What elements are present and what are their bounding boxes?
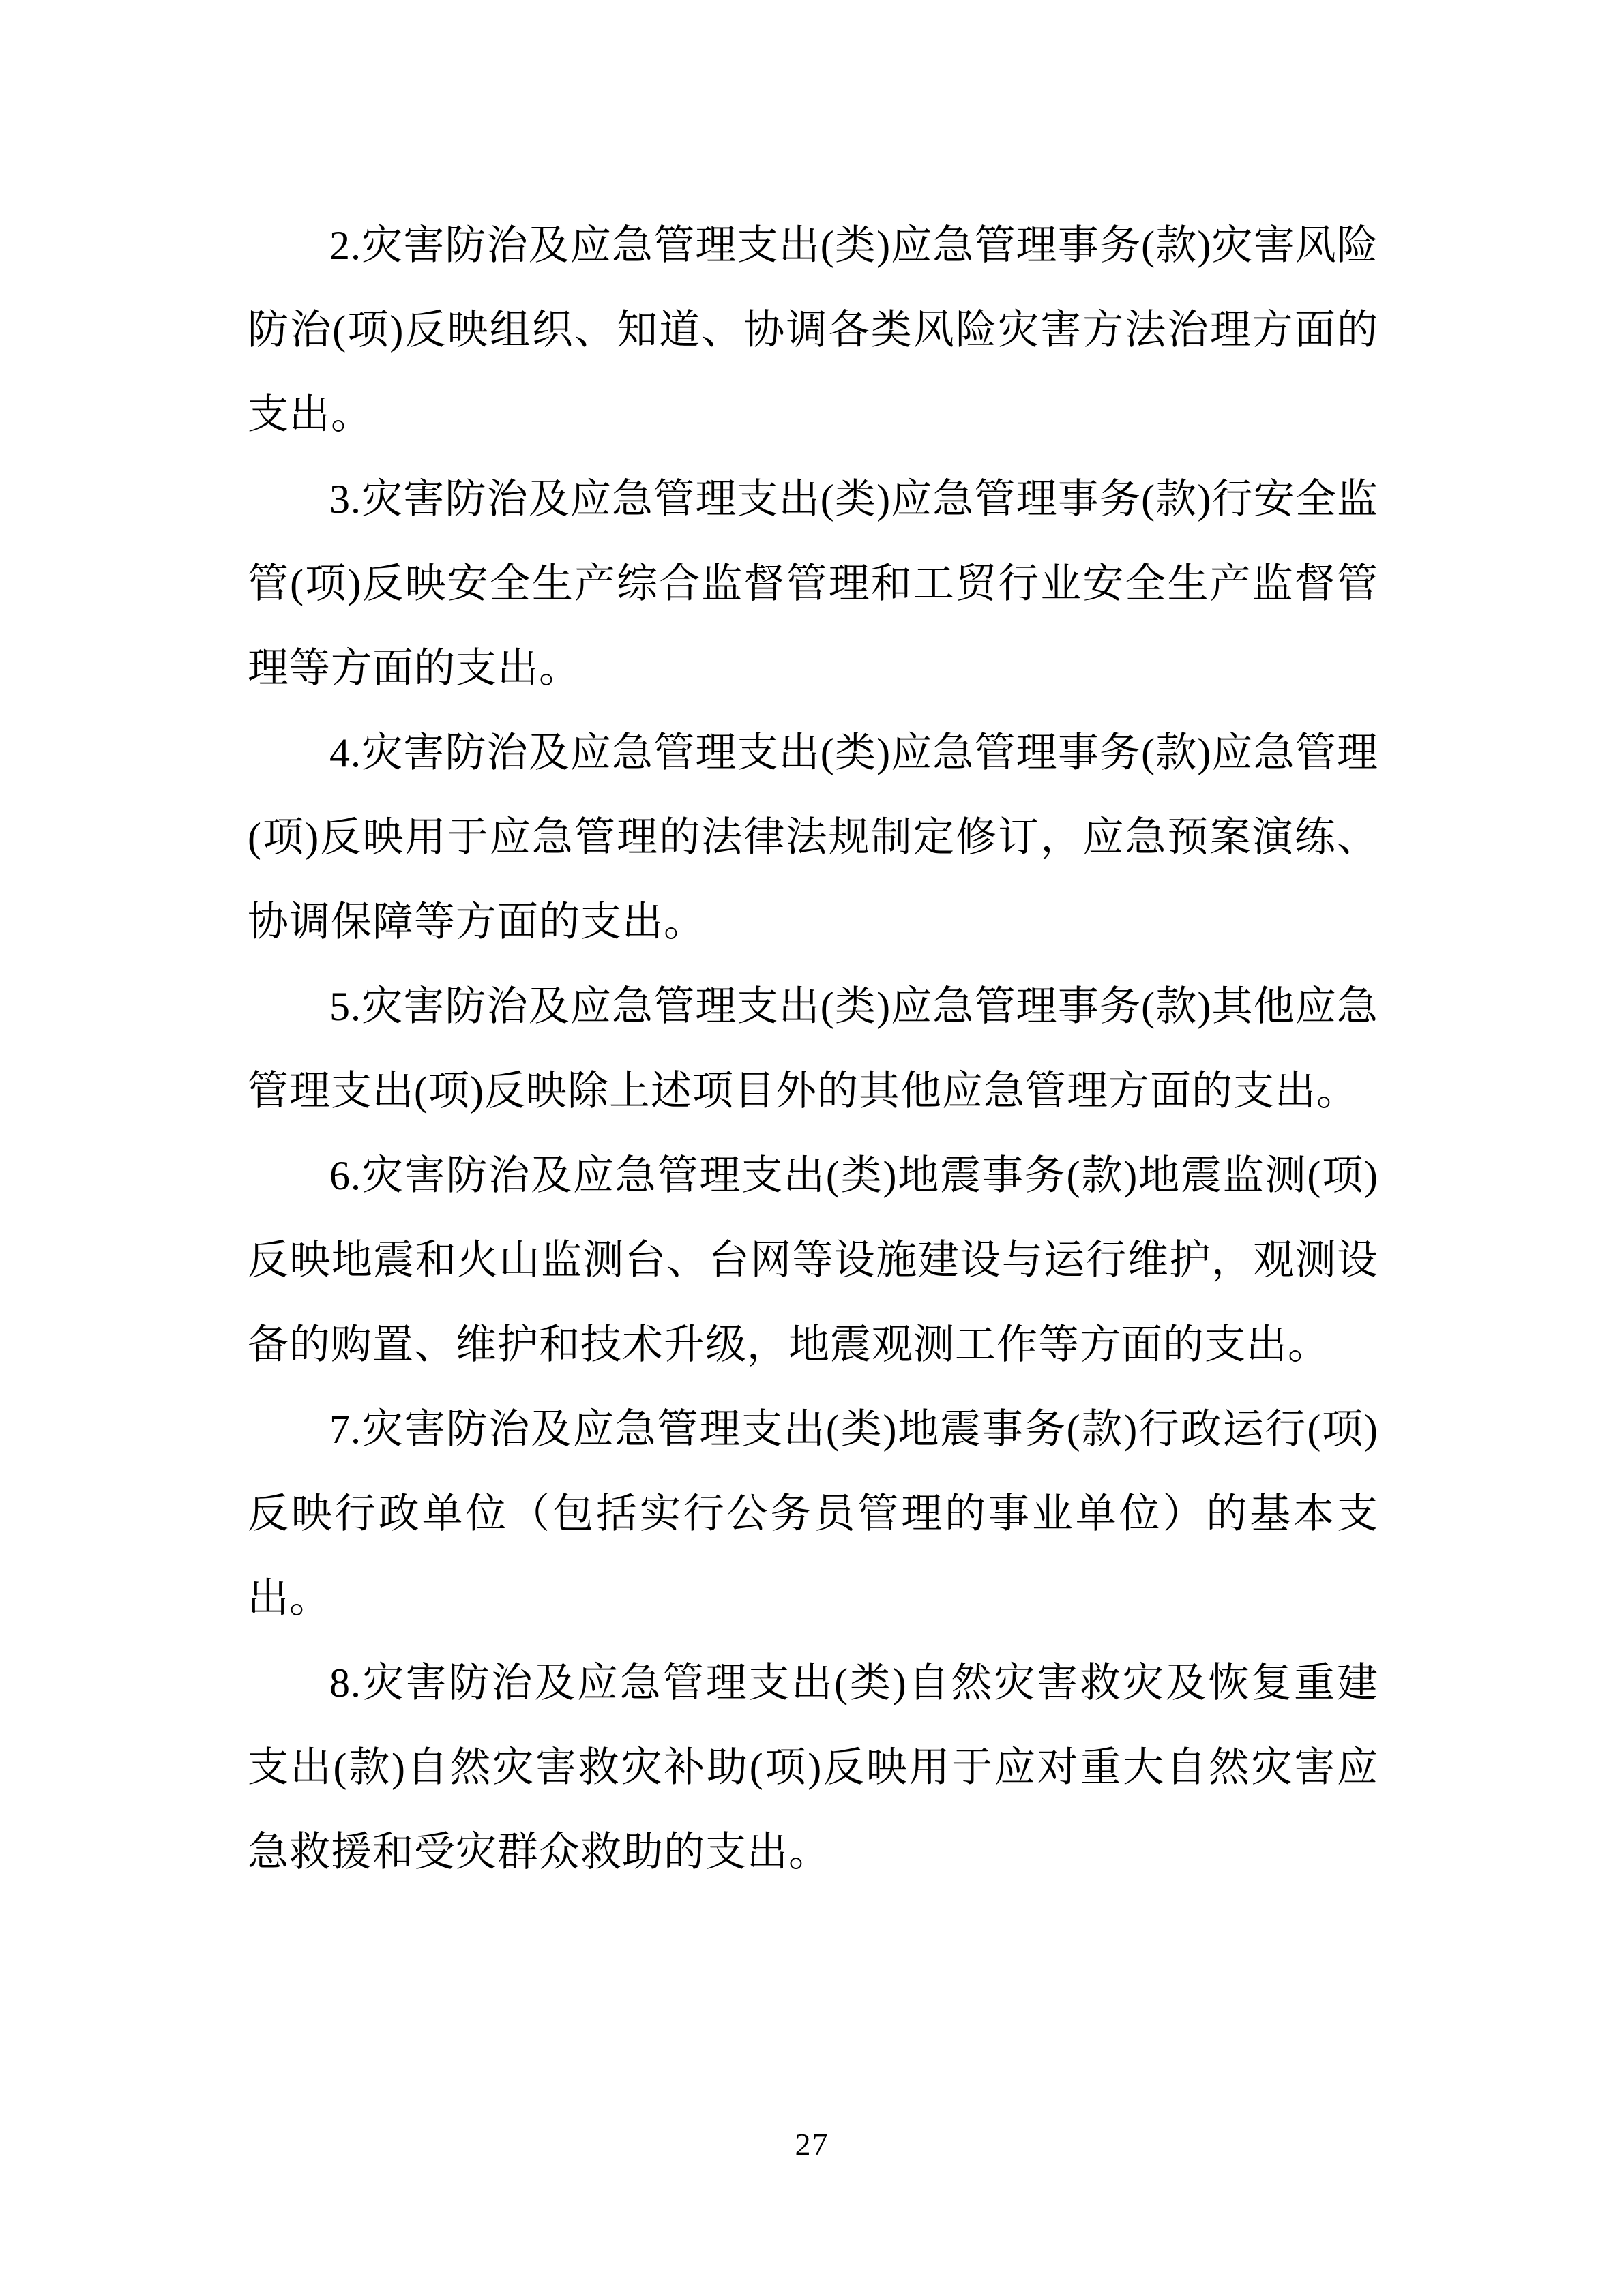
page-number: 27	[0, 2128, 1624, 2162]
paragraph-item-2: 2.灾害防治及应急管理支出(类)应急管理事务(款)灾害风险防治(项)反映组织、知…	[248, 203, 1378, 457]
paragraph-item-5: 5.灾害防治及应急管理支出(类)应急管理事务(款)其他应急管理支出(项)反映除上…	[248, 964, 1378, 1133]
document-body: 2.灾害防治及应急管理支出(类)应急管理事务(款)灾害风险防治(项)反映组织、知…	[248, 203, 1378, 1894]
paragraph-item-6: 6.灾害防治及应急管理支出(类)地震事务(款)地震监测(项)反映地震和火山监测台…	[248, 1133, 1378, 1387]
paragraph-item-8: 8.灾害防治及应急管理支出(类)自然灾害救灾及恢复重建支出(款)自然灾害救灾补助…	[248, 1641, 1378, 1894]
paragraph-item-3: 3.灾害防治及应急管理支出(类)应急管理事务(款)行安全监管(项)反映安全生产综…	[248, 457, 1378, 711]
paragraph-item-4: 4.灾害防治及应急管理支出(类)应急管理事务(款)应急管理(项)反映用于应急管理…	[248, 711, 1378, 964]
document-page: 2.灾害防治及应急管理支出(类)应急管理事务(款)灾害风险防治(项)反映组织、知…	[0, 0, 1624, 2296]
paragraph-item-7: 7.灾害防治及应急管理支出(类)地震事务(款)行政运行(项)反映行政单位（包括实…	[248, 1387, 1378, 1641]
